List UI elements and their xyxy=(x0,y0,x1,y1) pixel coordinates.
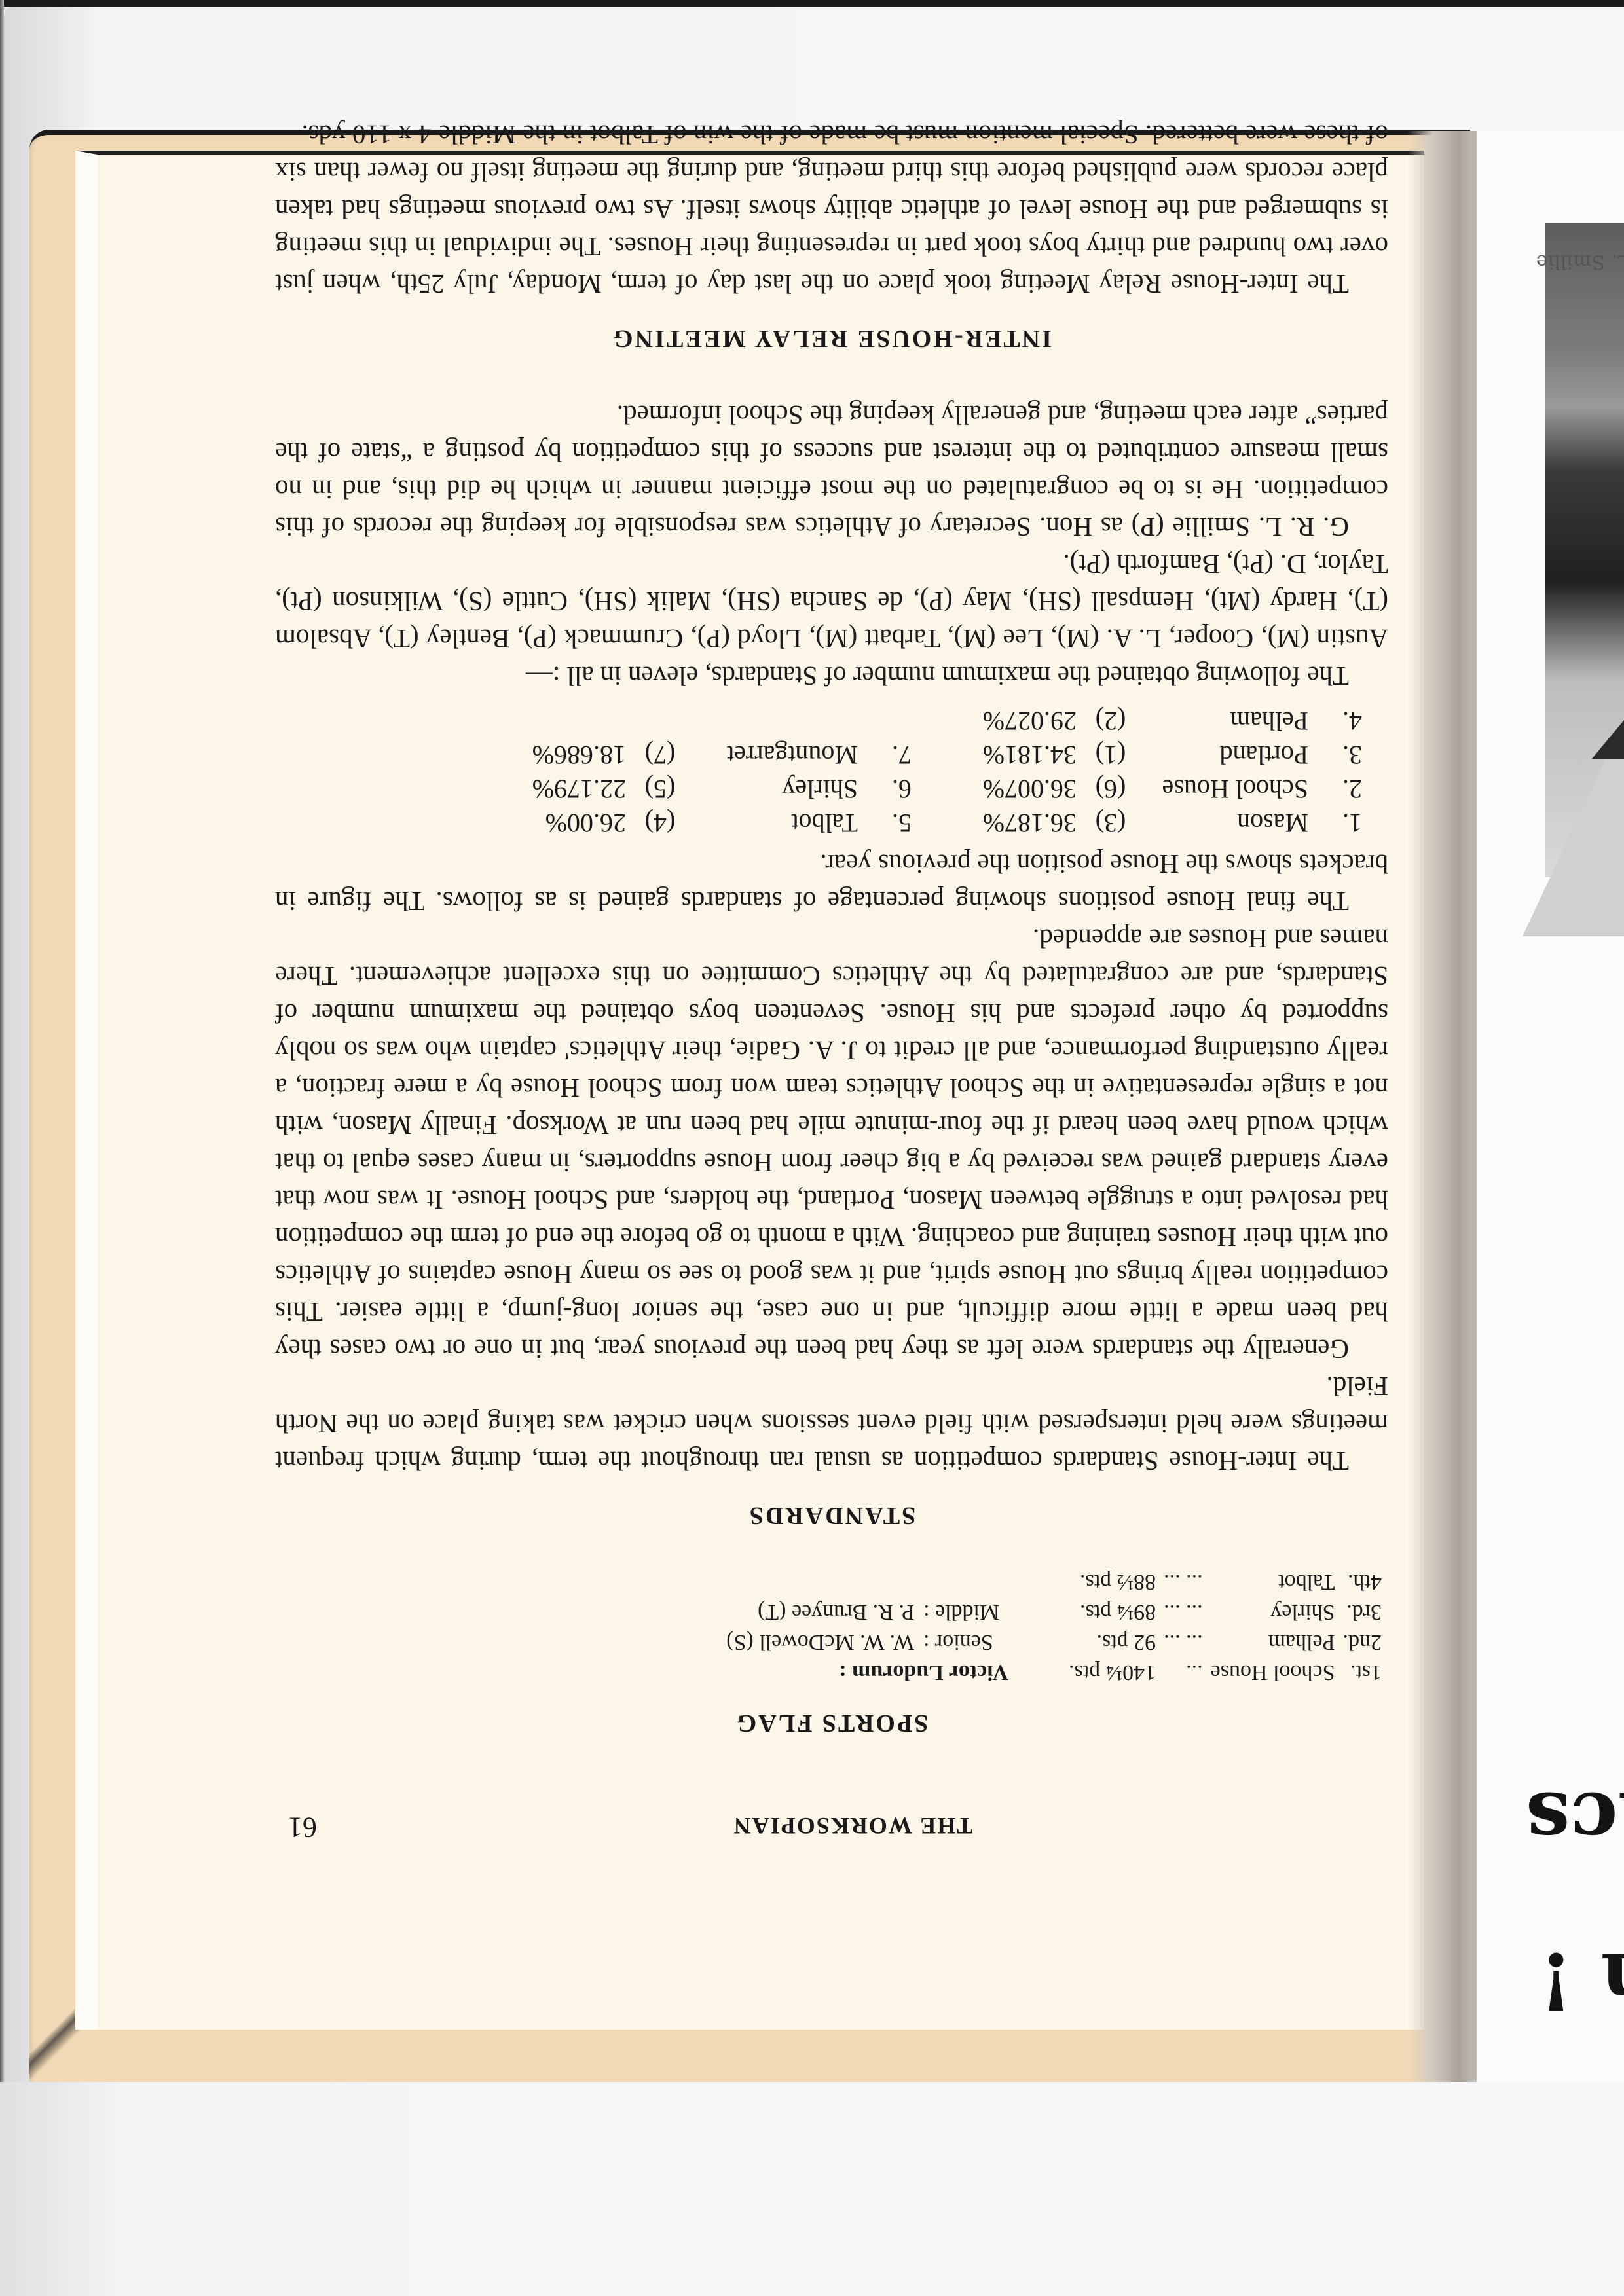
standing-place: 3rd. xyxy=(1335,1597,1382,1627)
position-prev2 xyxy=(626,704,680,738)
standing-points: 92 pts. xyxy=(1061,1627,1156,1657)
victor-ludorum-title: Victor Ludorum : xyxy=(726,1657,1008,1687)
standing-place: 4th. xyxy=(1335,1567,1382,1597)
standing-house: Talbot xyxy=(1203,1567,1335,1597)
position-row: 1.Mason(3)36.187%5.Talbot(4)26.00% xyxy=(461,806,1362,840)
position-pct2: 26.00% xyxy=(461,806,626,840)
sports-flag-standings: 1st.School House...140¼ pts.2nd.Pelham..… xyxy=(1061,1567,1382,1687)
victor-senior: Senior : W. W. McDowell (S) xyxy=(726,1627,1008,1657)
standing-row: 4th.Talbot... ...88½ pts. xyxy=(1061,1567,1382,1597)
standing-place: 1st. xyxy=(1335,1657,1382,1687)
position-rank2: 7. xyxy=(858,738,912,772)
position-prev2: (5) xyxy=(626,772,680,806)
standing-points: 89¼ pts. xyxy=(1061,1597,1156,1627)
position-row: 2.School House(6)36.007%6.Shirley(5)22.1… xyxy=(461,772,1362,806)
position-prev2: (4) xyxy=(626,806,680,840)
standing-dots: ... ... xyxy=(1156,1597,1203,1627)
standing-dots: ... ... xyxy=(1156,1567,1203,1597)
scanner-bed-bottom xyxy=(0,2082,1624,2296)
victor-middle: Middle : P. R. Brunyee (T) xyxy=(726,1597,1008,1627)
position-prev: (3) xyxy=(1077,806,1130,840)
book-gutter xyxy=(1408,131,1480,2082)
standards-paragraph-3: The final House positions showing percen… xyxy=(275,845,1388,920)
position-house2: Shirley xyxy=(680,772,858,806)
standing-row: 3rd.Shirley... ...89¼ pts. xyxy=(1061,1597,1382,1627)
position-rank: 2. xyxy=(1308,772,1362,806)
position-rank: 1. xyxy=(1308,806,1362,840)
relay-paragraph: The Inter-House Relay Meeting took place… xyxy=(275,116,1388,302)
victor-ludorum: Victor Ludorum : Senior : W. W. McDowell… xyxy=(726,1567,1008,1687)
standing-dots: ... xyxy=(1156,1657,1203,1687)
position-house2 xyxy=(680,704,858,738)
position-pct2: 18.686% xyxy=(461,738,626,772)
standards-paragraph-2: Generally the standards were left as the… xyxy=(275,920,1388,1368)
standing-place: 2nd. xyxy=(1335,1627,1382,1657)
position-prev2: (7) xyxy=(626,738,680,772)
secretary-paragraph: G. R. L. Smillie (P) as Hon. Secretary o… xyxy=(275,396,1388,545)
standing-house: Pelham xyxy=(1203,1627,1335,1657)
relay-heading: INTER-HOUSE RELAY MEETING xyxy=(275,319,1388,357)
page-number: 61 xyxy=(288,1809,317,1846)
standards-heading: STANDARDS xyxy=(275,1497,1388,1534)
position-prev: (2) xyxy=(1077,704,1130,738)
position-pct: 36.007% xyxy=(912,772,1077,806)
position-pct: 36.187% xyxy=(912,806,1077,840)
standards-paragraph-1: The Inter-House Standards competition as… xyxy=(275,1368,1388,1480)
photo-caption: L. Smillie xyxy=(1526,250,1624,273)
position-prev: (1) xyxy=(1077,738,1130,772)
position-rank: 4. xyxy=(1308,704,1362,738)
position-prev: (6) xyxy=(1077,772,1130,806)
house-positions-table: 1.Mason(3)36.187%5.Talbot(4)26.00%2.Scho… xyxy=(461,704,1362,840)
position-house2: Talbot xyxy=(680,806,858,840)
standing-points: 88½ pts. xyxy=(1061,1567,1156,1597)
standing-house: School House xyxy=(1203,1657,1335,1687)
standing-points: 140¼ pts. xyxy=(1061,1657,1156,1687)
sports-flag-section: 1st.School House...140¼ pts.2nd.Pelham..… xyxy=(275,1567,1388,1687)
maximum-standards-names: Austin (M), Cooper, L. A. (M), Lee (M), … xyxy=(275,545,1388,657)
position-rank2 xyxy=(858,704,912,738)
position-house: Pelham xyxy=(1130,704,1308,738)
position-row: 4.Pelham(2)29.027% xyxy=(461,704,1362,738)
position-row: 3.Portland(1)34.181%7.Mountgarret(7)18.6… xyxy=(461,738,1362,772)
position-house: Portland xyxy=(1130,738,1308,772)
position-pct2: 22.179% xyxy=(461,772,626,806)
maximum-standards-intro: The following obtained the maximum numbe… xyxy=(275,657,1388,695)
position-pct: 29.027% xyxy=(912,704,1077,738)
page-text-block: THE WORKSOPIAN 61 SPORTS FLAG 1st.School… xyxy=(275,367,1388,1846)
running-head: THE WORKSOPIAN 61 xyxy=(275,1807,1388,1846)
position-pct2 xyxy=(461,704,626,738)
standing-row: 2nd.Pelham... ...92 pts. xyxy=(1061,1627,1382,1657)
publication-title: THE WORKSOPIAN xyxy=(317,1807,1388,1844)
position-pct: 34.181% xyxy=(912,738,1077,772)
position-house: Mason xyxy=(1130,806,1308,840)
standing-row: 1st.School House...140¼ pts. xyxy=(1061,1657,1382,1687)
facing-page-headline-2: ion ! xyxy=(1539,1941,1624,2020)
position-rank2: 5. xyxy=(858,806,912,840)
standing-house: Shirley xyxy=(1203,1597,1335,1627)
scanner-edge-top xyxy=(0,0,1624,7)
position-rank: 3. xyxy=(1308,738,1362,772)
position-rank2: 6. xyxy=(858,772,912,806)
standing-dots: ... ... xyxy=(1156,1627,1203,1657)
position-house: School House xyxy=(1130,772,1308,806)
sports-flag-heading: SPORTS FLAG xyxy=(275,1704,1388,1741)
facing-page-headline-1: etics xyxy=(1526,1781,1624,1859)
position-house2: Mountgarret xyxy=(680,738,858,772)
